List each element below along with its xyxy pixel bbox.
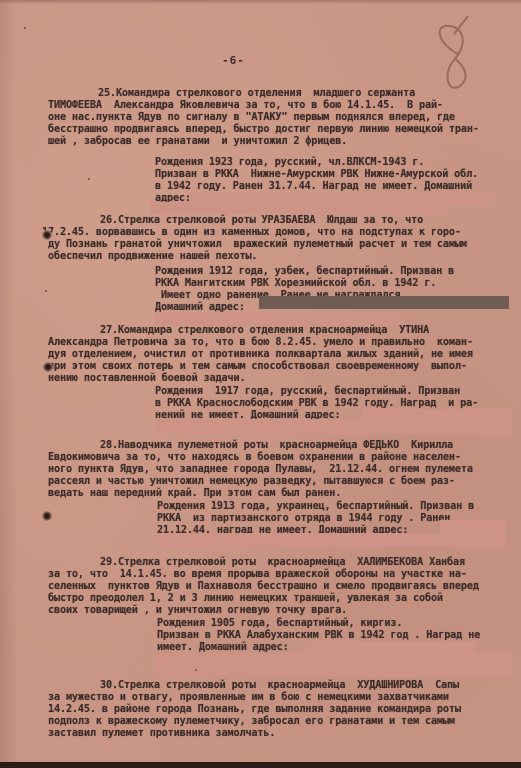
- bio-line: Рождения 1917 года, русский, беспартийны…: [155, 386, 460, 398]
- entry-line: рассеял и частью уничтожил немецкую разв…: [48, 476, 455, 488]
- punch-hole: [42, 230, 52, 240]
- entry-line: 27.Командира стрелкового отделения красн…: [100, 325, 429, 337]
- entry-line: подполз к вражескому пулеметчику, заброс…: [48, 716, 455, 728]
- entry-line: быстро преодолел 1, 2 и 3 линию немецких…: [48, 593, 443, 605]
- entry-line: селенных пунктов Ядув и Пахнаволя бесстр…: [48, 581, 479, 593]
- entry-line: за то, что 14.1.45. во время прорыва вра…: [48, 569, 467, 581]
- bio-line: РККА из партизанского отряда в 1944 году…: [157, 513, 450, 525]
- folio-number-handwritten: [428, 14, 478, 94]
- entry-line: ведать наш передний край. При этом сам б…: [48, 488, 341, 500]
- entry-line: ТИМОФЕЕВА Александра Яковлевича за то, ч…: [48, 100, 443, 112]
- redaction-box: [155, 653, 512, 677]
- punch-hole: [42, 511, 52, 521]
- redaction-box: [440, 520, 505, 534]
- page-top-edge: [0, 0, 521, 4]
- entry-line: 29.Стрелка стрелковой роты красноармейца…: [100, 557, 465, 569]
- entry-line: Евдокимовича за то, что находясь в боево…: [48, 452, 461, 464]
- bio-line: Рождения 1912 года, узбек, беспартийный.…: [155, 266, 454, 278]
- entry-line: 17.2.45. ворвавшись в один из каменных д…: [42, 227, 461, 239]
- entry-line: при этом своих потерь и тем самым способ…: [48, 361, 467, 373]
- redaction-box: [259, 296, 509, 309]
- entry-line: заставил пулемет противника замолчать.: [48, 728, 275, 740]
- punch-hole: [43, 362, 53, 372]
- redaction-box: [155, 312, 402, 326]
- bio-line: РККА Мангитским РВК Хорезмийской обл. в …: [155, 278, 436, 290]
- scan-border: [0, 762, 521, 768]
- bio-line: Рождения 1913 года, украинец, беспартийн…: [157, 501, 474, 513]
- entry-line: оне нас.пункта Ядув по сигналу в "АТАКУ"…: [48, 112, 455, 124]
- redaction-box: [155, 533, 505, 547]
- paper-speck: [88, 178, 90, 180]
- redaction-box: [155, 419, 512, 434]
- entry-line: Александра Петровича за то, что в бою 8.…: [48, 337, 473, 349]
- entry-line: дуя отделением, очистил от противника по…: [48, 349, 473, 361]
- page-number: -6-: [222, 54, 245, 67]
- entry-line: шей , забросав ее гранатами и уничтожил …: [48, 136, 347, 148]
- bio-line: Рождения 1923 года, русский, чл.ВЛКСМ-19…: [155, 157, 424, 169]
- bio-line: в 1942 году. Ранен 31.7.44. Наград не им…: [155, 181, 472, 193]
- entry-line: ного пункта Ядув, что западнее города Пу…: [48, 464, 473, 476]
- document-page: -6- 25.Командира стрелкового отделения м…: [0, 0, 521, 762]
- entry-line: нению поставленной боевой задачи.: [48, 373, 245, 385]
- redaction-box: [150, 202, 450, 214]
- entry-line: за мужество и отвагу, проявленные им в б…: [48, 692, 449, 704]
- entry-line: бесстрашно продвигаясь вперед, быстро до…: [48, 124, 479, 136]
- paper-speck: [195, 669, 197, 671]
- entry-line: обеспечил продвижение нашей пехоты.: [48, 251, 257, 263]
- entry-line: 25.Командира стрелкового отделения младш…: [98, 88, 415, 100]
- entry-line: 28.Наводчика пулеметной роты красноармей…: [100, 440, 453, 452]
- bio-line: Рождения 1905 года, беспартийный, киргиз…: [157, 618, 402, 630]
- entry-line: 26.Стрелка стрелковой роты УРАЗБАЕВА Юлд…: [100, 215, 423, 227]
- entry-line: ду Познань гранатой уничтожил вражеский …: [48, 239, 467, 251]
- paper-speck: [24, 27, 26, 29]
- entry-line: 30.Стрелка стрелковой роты красноармейца…: [100, 680, 459, 692]
- bio-line: Призван в РККА Нижне-Амурским РВК Нижне-…: [155, 169, 478, 181]
- paper-speck: [45, 290, 47, 292]
- entry-line: 14.2.45. в районе города Познань, где вы…: [48, 704, 461, 716]
- entry-line: своих товарищей , и уничтожил огневую то…: [48, 605, 347, 617]
